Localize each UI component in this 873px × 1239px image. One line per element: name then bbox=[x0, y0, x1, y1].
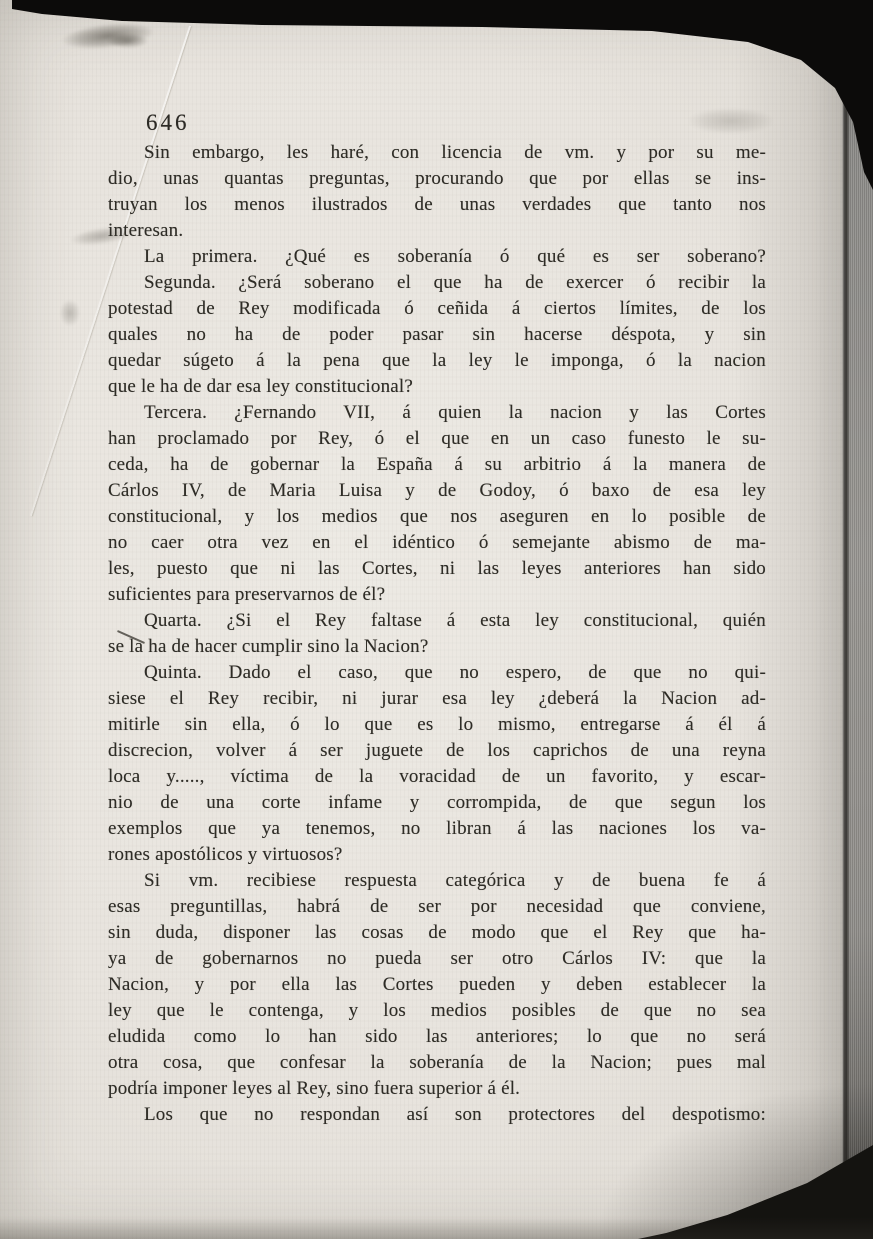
ink-bleed-smudge bbox=[688, 108, 774, 134]
text-line: se la ha de hacer cumplir sino la Nacion… bbox=[108, 634, 766, 660]
page-number: 646 bbox=[146, 110, 190, 136]
text-line: rones apostólicos y virtuosos? bbox=[108, 842, 766, 868]
text-line: quedar súgeto á la pena que la ley le im… bbox=[108, 348, 766, 374]
text-line: esas preguntillas, habrá de ser por nece… bbox=[108, 894, 766, 920]
text-line: ya de gobernarnos no pueda ser otro Cárl… bbox=[108, 946, 766, 972]
text-line: Sin embargo, les haré, con licencia de v… bbox=[108, 140, 766, 166]
text-line: ceda, ha de gobernar la España á su arbi… bbox=[108, 452, 766, 478]
book-scan: 646 Sin embargo, les haré, con licencia … bbox=[0, 0, 873, 1239]
text-line: Quarta. ¿Si el Rey faltase á esta ley co… bbox=[108, 608, 766, 634]
text-line: loca y....., víctima de la voracidad de … bbox=[108, 764, 766, 790]
bottom-edge-shadow bbox=[0, 1217, 873, 1239]
text-line: sin duda, disponer las cosas de modo que… bbox=[108, 920, 766, 946]
text-line: exemplos que ya tenemos, no libran á las… bbox=[108, 816, 766, 842]
text-line: no caer otra vez en el idéntico ó semeja… bbox=[108, 530, 766, 556]
text-line: truyan los menos ilustrados de unas verd… bbox=[108, 192, 766, 218]
text-line: mitirle sin ella, ó lo que es lo mismo, … bbox=[108, 712, 766, 738]
text-line: nio de una corte infame y corrompida, de… bbox=[108, 790, 766, 816]
ink-smudge bbox=[108, 34, 148, 48]
text-line: Quinta. Dado el caso, que no espero, de … bbox=[108, 660, 766, 686]
text-block: Sin embargo, les haré, con licencia de v… bbox=[108, 140, 766, 1128]
text-line: han proclamado por Rey, ó el que en un c… bbox=[108, 426, 766, 452]
gutter-line bbox=[842, 0, 849, 1239]
text-line: potestad de Rey modificada ó ceñida á ci… bbox=[108, 296, 766, 322]
ink-smudge bbox=[60, 300, 80, 326]
text-line: La primera. ¿Qué es soberanía ó qué es s… bbox=[108, 244, 766, 270]
text-line: interesan. bbox=[108, 218, 766, 244]
text-line: que le ha de dar esa ley constitucional? bbox=[108, 374, 766, 400]
text-line: Segunda. ¿Será soberano el que ha de exe… bbox=[108, 270, 766, 296]
text-line: Tercera. ¿Fernando VII, á quien la nacio… bbox=[108, 400, 766, 426]
text-line: les, puesto que ni las Cortes, ni las le… bbox=[108, 556, 766, 582]
text-line: suficientes para preservarnos de él? bbox=[108, 582, 766, 608]
text-line: discrecion, volver á ser juguete de los … bbox=[108, 738, 766, 764]
text-line: Si vm. recibiese respuesta categórica y … bbox=[108, 868, 766, 894]
text-line: siese el Rey recibir, ni jurar esa ley ¿… bbox=[108, 686, 766, 712]
text-line: Nacion, y por ella las Cortes pueden y d… bbox=[108, 972, 766, 998]
text-line: dio, unas quantas preguntas, procurando … bbox=[108, 166, 766, 192]
text-line: Cárlos IV, de Maria Luisa y de Godoy, ó … bbox=[108, 478, 766, 504]
text-line: quales no ha de poder pasar sin hacerse … bbox=[108, 322, 766, 348]
text-line: constitucional, y los medios que nos ase… bbox=[108, 504, 766, 530]
text-line: ley que le contenga, y los medios posibl… bbox=[108, 998, 766, 1024]
text-line: eludida como lo han sido las anteriores;… bbox=[108, 1024, 766, 1050]
